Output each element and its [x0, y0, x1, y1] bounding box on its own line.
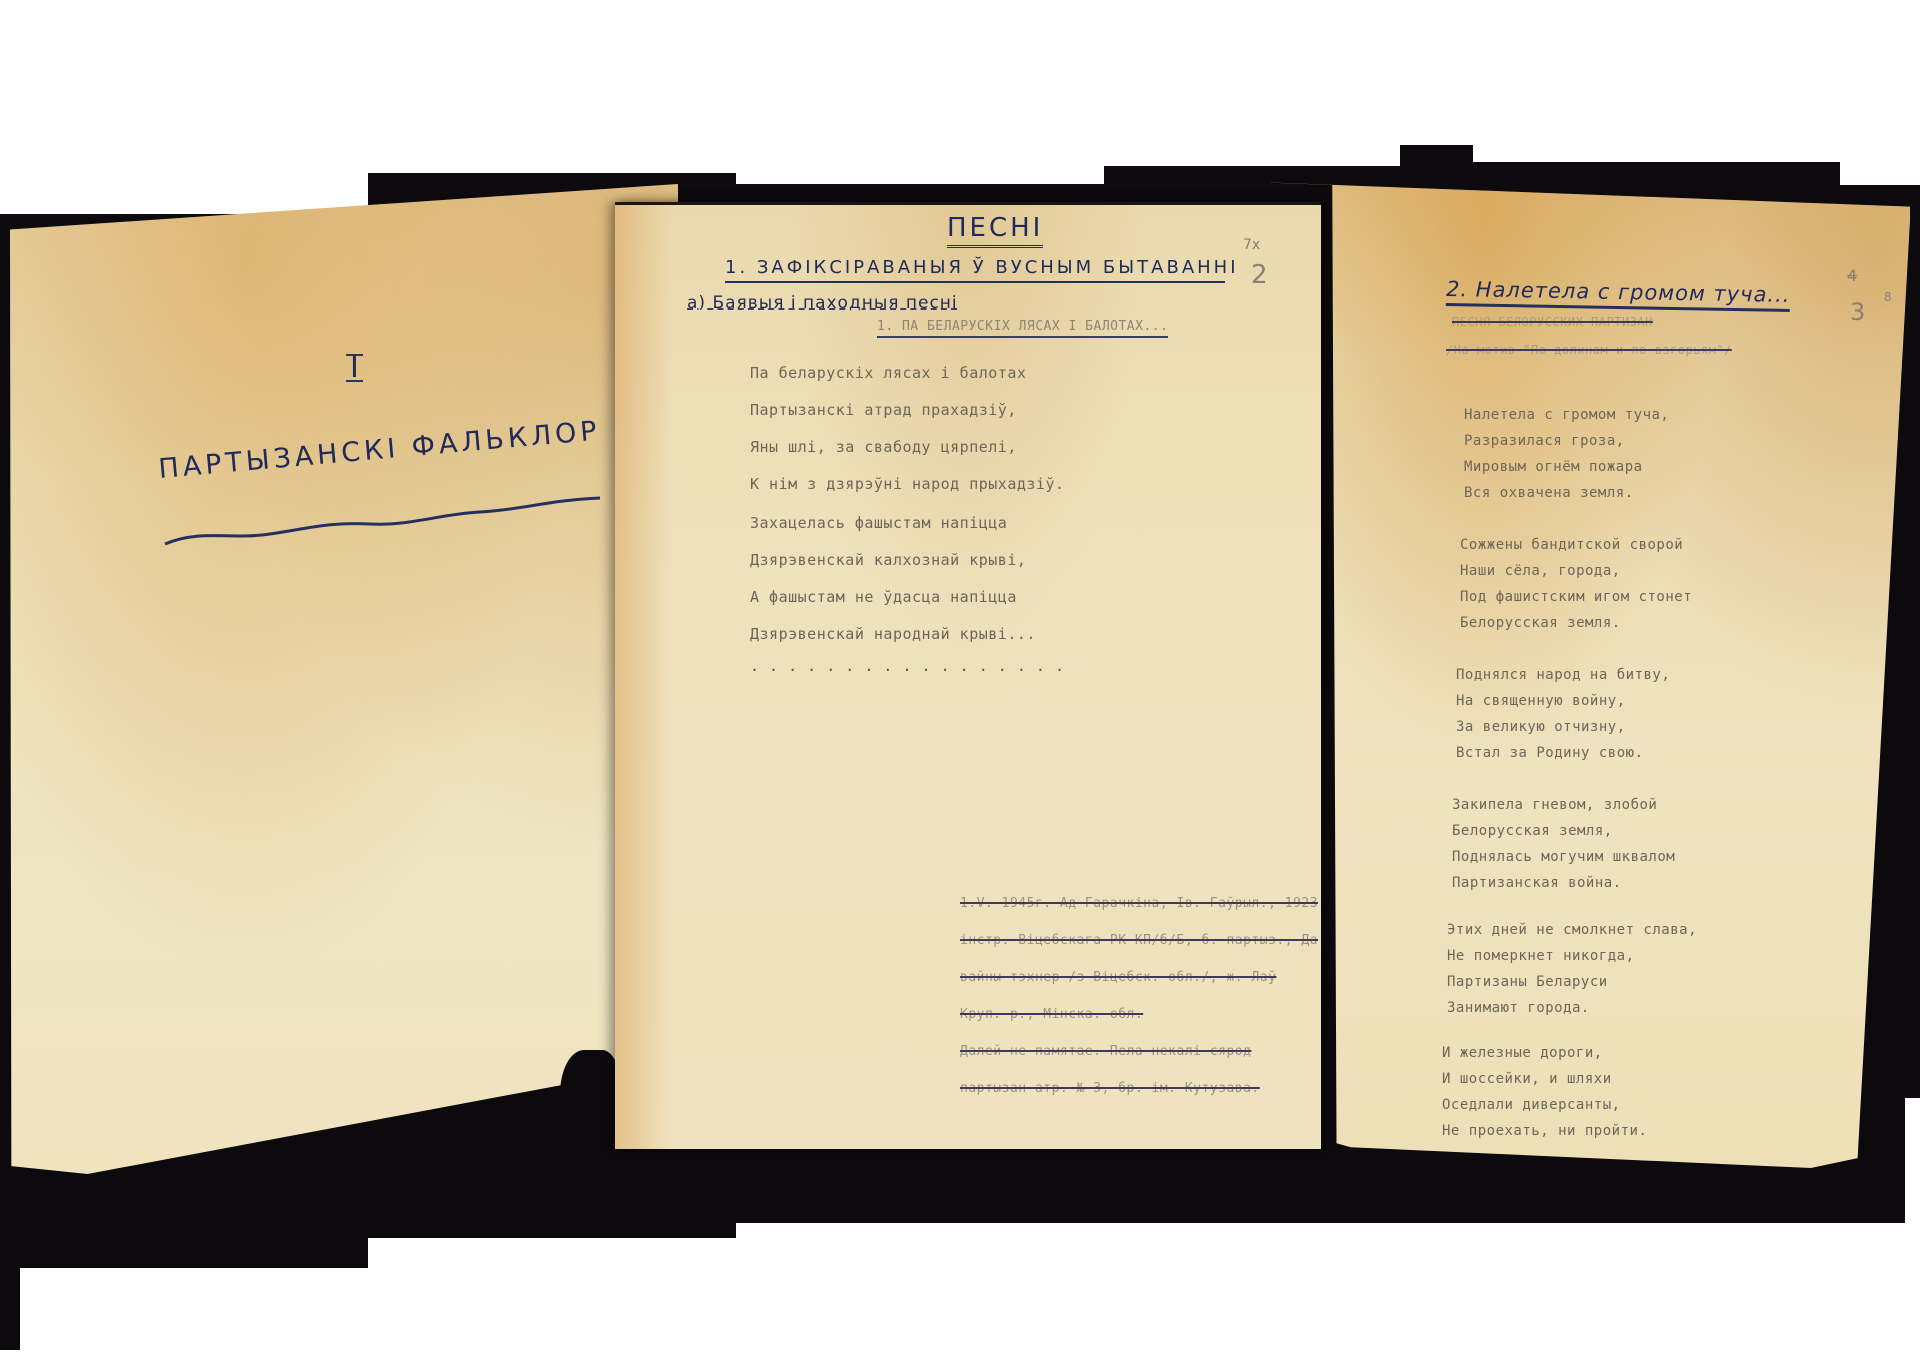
title-wavy-underline: [160, 474, 610, 554]
struck-subtitle: ПЕСНЯ БЕЛОРУССКИХ ПАРТИЗАН: [1452, 315, 1653, 329]
combat-marching-songs-label: а) Баявыя і паходныя песні: [687, 293, 958, 313]
song-title: 2. Налетела с громом туча...: [1446, 277, 1791, 312]
corner-mark: 7x: [1243, 237, 1260, 253]
recorded-oral-heading: 1. ЗАФІКСІРАВАНЫЯ Ў ВУСНЫМ БЫТАВАННІ: [725, 257, 1225, 283]
corner-mark-small: 8: [1884, 290, 1892, 304]
left-page-cover-sheet: I ПАРТЫЗАНСКІ ФАЛЬКЛОР: [10, 184, 678, 1174]
torn-corner: [560, 1050, 620, 1160]
struck-source-note: 1.V. 1945г. Ад Гарачкіна, Ів. Гаўрыл., 1…: [960, 885, 1318, 1107]
songs-heading: ПЕСНІ: [947, 213, 1043, 248]
lyrics-stanza-1: Налетела с громом туча, Разразилася гроз…: [1464, 402, 1669, 506]
lyrics-stanza-5: Этих дней не смолкнет слава, Не померкне…: [1447, 917, 1697, 1021]
lyrics-stanza-6: И железные дороги, И шоссейки, и шляхи О…: [1442, 1040, 1647, 1144]
song-stanza-1: Па беларускіх лясах і балотах Партызанск…: [750, 355, 1065, 503]
lyrics-stanza-3: Поднялся народ на битву, На священную во…: [1456, 662, 1670, 766]
song-title: 1. ПА БЕЛАРУСКІХ ЛЯСАХ І БАЛОТАХ...: [877, 319, 1168, 338]
middle-page-songs: 7x 2 ПЕСНІ 1. ЗАФІКСІРАВАНЫЯ Ў ВУСНЫМ БЫ…: [615, 202, 1321, 1149]
song-stanza-2: Захацелась фашыстам напіцца Дзярэвенскай…: [750, 505, 1036, 653]
struck-tune-note: /На мотив "По долинам и по взгорьям"/: [1446, 343, 1732, 357]
corner-mark-struck: 4: [1847, 266, 1857, 285]
page-number: 3: [1850, 298, 1865, 326]
section-numeral: I: [346, 354, 363, 382]
page-number: 2: [1251, 260, 1268, 290]
ellipsis-row: . . . . . . . . . . . . . . . . .: [750, 657, 1065, 675]
lyrics-stanza-4: Закипела гневом, злобой Белорусская земл…: [1452, 792, 1675, 896]
lyrics-stanza-2: Сожжены бандитской сворой Наши сёла, гор…: [1460, 532, 1692, 636]
